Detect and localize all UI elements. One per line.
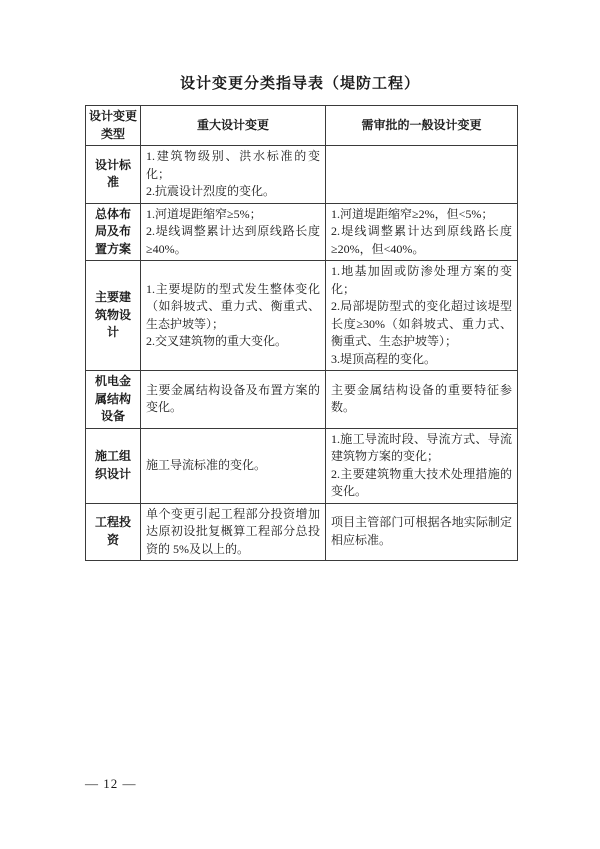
cell-major-change: 单个变更引起工程部分投资增加达原初设批复概算工程部分总投资的 5%及以上的。 — [141, 503, 326, 561]
row-category-label: 机电金属结构设备 — [86, 371, 141, 429]
header-change-type: 设计变更类型 — [86, 106, 141, 146]
table-row: 工程投资单个变更引起工程部分投资增加达原初设批复概算工程部分总投资的 5%及以上… — [86, 503, 518, 561]
table-row: 施工组织设计施工导流标准的变化。1.施工导流时段、导流方式、导流建筑物方案的变化… — [86, 428, 518, 503]
cell-major-change: 1.主要堤防的型式发生整体变化（如斜坡式、重力式、衡重式、生态护坡等）；2.交叉… — [141, 261, 326, 371]
document-page: 设计变更分类指导表（堤防工程） 设计变更类型 重大设计变更 需审批的一般设计变更… — [0, 0, 600, 849]
cell-general-change: 1.河道堤距缩窄≥2%，但<5%；2.堤线调整累计达到原线路长度≥20%，但<4… — [326, 203, 518, 261]
header-general-change: 需审批的一般设计变更 — [326, 106, 518, 146]
cell-major-change: 施工导流标准的变化。 — [141, 428, 326, 503]
cell-major-change: 1.建筑物级别、洪水标准的变化；2.抗震设计烈度的变化。 — [141, 146, 326, 204]
table-body: 设计标准1.建筑物级别、洪水标准的变化；2.抗震设计烈度的变化。总体布局及布置方… — [86, 146, 518, 561]
cell-text-line: 2.交叉建筑物的重大变化。 — [146, 333, 320, 351]
cell-major-change: 主要金属结构设备及布置方案的变化。 — [141, 371, 326, 429]
cell-text-line: 主要金属结构设备及布置方案的变化。 — [146, 382, 320, 417]
cell-text-line: 施工导流标准的变化。 — [146, 457, 320, 475]
row-category-label: 设计标准 — [86, 146, 141, 204]
cell-text-line: 2.主要建筑物重大技术处理措施的变化。 — [331, 466, 512, 501]
cell-text-line: 1.地基加固或防渗处理方案的变化； — [331, 263, 512, 298]
table-row: 机电金属结构设备主要金属结构设备及布置方案的变化。主要金属结构设备的重要特征参数… — [86, 371, 518, 429]
header-major-change: 重大设计变更 — [141, 106, 326, 146]
table-header-row: 设计变更类型 重大设计变更 需审批的一般设计变更 — [86, 106, 518, 146]
row-category-label: 主要建筑物设计 — [86, 261, 141, 371]
page-number: — 12 — — [85, 776, 137, 792]
cell-text-line: 1.施工导流时段、导流方式、导流建筑物方案的变化； — [331, 431, 512, 466]
cell-text-line: 1.建筑物级别、洪水标准的变化； — [146, 148, 320, 183]
cell-major-change: 1.河道堤距缩窄≥5%；2.堤线调整累计达到原线路长度≥40%。 — [141, 203, 326, 261]
cell-text-line: 单个变更引起工程部分投资增加达原初设批复概算工程部分总投资的 5%及以上的。 — [146, 506, 320, 559]
table-row: 设计标准1.建筑物级别、洪水标准的变化；2.抗震设计烈度的变化。 — [86, 146, 518, 204]
cell-text-line: 2.堤线调整累计达到原线路长度≥20%，但<40%。 — [331, 223, 512, 258]
cell-general-change: 主要金属结构设备的重要特征参数。 — [326, 371, 518, 429]
cell-text-line: 2.局部堤防型式的变化超过该堤型长度≥30%（如斜坡式、重力式、衡重式、生态护坡… — [331, 298, 512, 351]
cell-general-change — [326, 146, 518, 204]
row-category-label: 总体布局及布置方案 — [86, 203, 141, 261]
table-row: 总体布局及布置方案1.河道堤距缩窄≥5%；2.堤线调整累计达到原线路长度≥40%… — [86, 203, 518, 261]
cell-text-line: 2.堤线调整累计达到原线路长度≥40%。 — [146, 223, 320, 258]
cell-text-line: 项目主管部门可根据各地实际制定相应标准。 — [331, 514, 512, 549]
cell-general-change: 项目主管部门可根据各地实际制定相应标准。 — [326, 503, 518, 561]
cell-general-change: 1.地基加固或防渗处理方案的变化；2.局部堤防型式的变化超过该堤型长度≥30%（… — [326, 261, 518, 371]
cell-text-line: 1.河道堤距缩窄≥2%，但<5%； — [331, 206, 512, 224]
cell-text-line: 1.河道堤距缩窄≥5%； — [146, 206, 320, 224]
row-category-label: 施工组织设计 — [86, 428, 141, 503]
document-title: 设计变更分类指导表（堤防工程） — [0, 72, 600, 93]
table-row: 主要建筑物设计1.主要堤防的型式发生整体变化（如斜坡式、重力式、衡重式、生态护坡… — [86, 261, 518, 371]
cell-general-change: 1.施工导流时段、导流方式、导流建筑物方案的变化；2.主要建筑物重大技术处理措施… — [326, 428, 518, 503]
cell-text-line: 主要金属结构设备的重要特征参数。 — [331, 382, 512, 417]
cell-text-line: 2.抗震设计烈度的变化。 — [146, 183, 320, 201]
design-change-table: 设计变更类型 重大设计变更 需审批的一般设计变更 设计标准1.建筑物级别、洪水标… — [85, 105, 518, 561]
cell-text-line: 3.堤顶高程的变化。 — [331, 351, 512, 369]
row-category-label: 工程投资 — [86, 503, 141, 561]
cell-text-line: 1.主要堤防的型式发生整体变化（如斜坡式、重力式、衡重式、生态护坡等）； — [146, 281, 320, 334]
